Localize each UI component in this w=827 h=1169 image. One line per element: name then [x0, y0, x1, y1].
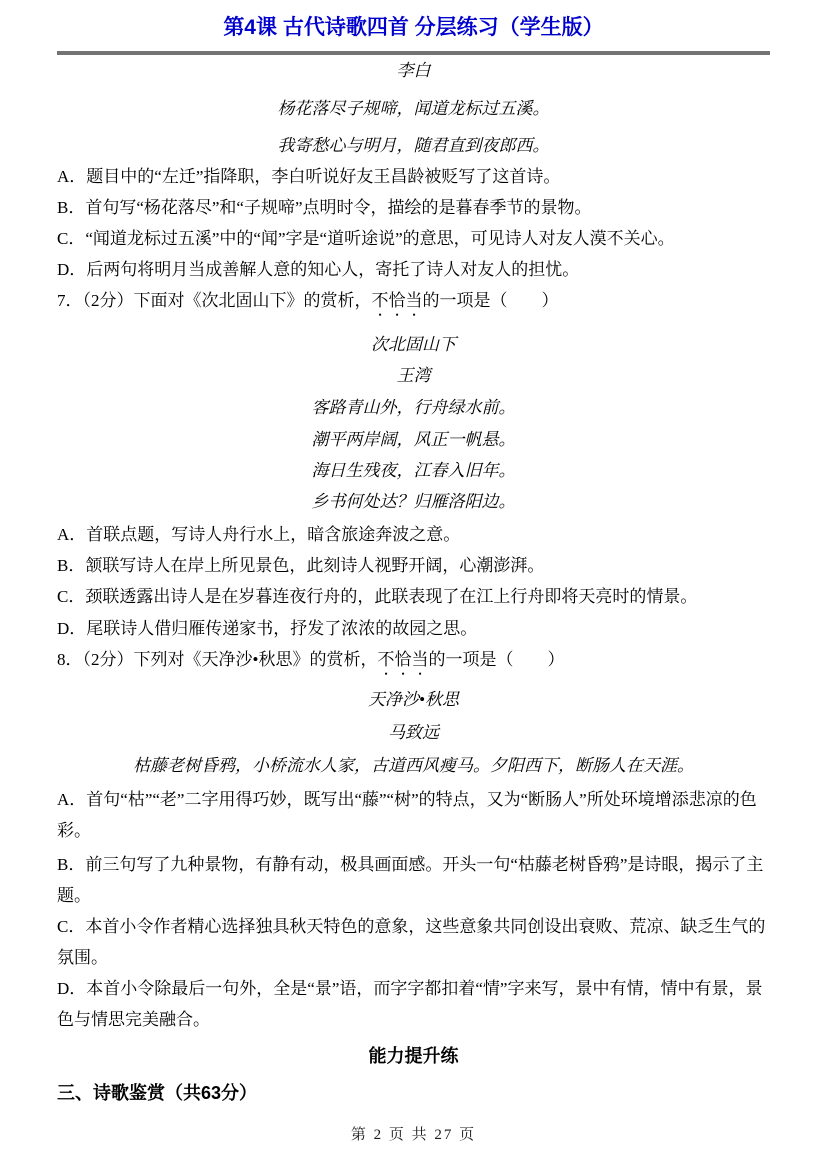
question-8-block: 8．（2分）下列对《天净沙•秋思》的赏析，不恰当的一项是（ ） 天净沙•秋思 马…: [57, 644, 770, 1035]
question-6-block: 李白 杨花落尽子规啼，闻道龙标过五溪。 我寄愁心与明月，随君直到夜郎西。 A．题…: [57, 55, 770, 285]
poem-line: 乡书何处达？归雁洛阳边。: [57, 486, 770, 517]
poem-line: 海日生残夜，江春入旧年。: [57, 455, 770, 486]
stem-emphasis: 不恰当: [372, 291, 423, 310]
option-a: A．题目中的“左迁”指降职，李白听说好友王昌龄被贬写了这首诗。: [57, 161, 770, 192]
poem-title: 天净沙•秋思: [57, 684, 770, 715]
option-a: A．首句“枯”“老”二字用得巧妙，既写出“藤”“树”的特点，又为“断肠人”所处环…: [57, 784, 770, 846]
worksheet-page: 第4课 古代诗歌四首 分层练习（学生版） 李白 杨花落尽子规啼，闻道龙标过五溪。…: [0, 0, 827, 1169]
option-c: C．“闻道龙标过五溪”中的“闻”字是“道听途说”的意思，可见诗人对友人漠不关心。: [57, 223, 770, 254]
question-7-block: 7．（2分）下面对《次北固山下》的赏析，不恰当的一项是（ ） 次北固山下 王湾 …: [57, 285, 770, 644]
section-heading: 能力提升练: [57, 1041, 770, 1072]
stem-suffix: 的一项是（ ）: [428, 650, 564, 669]
poem-title: 次北固山下: [57, 329, 770, 360]
option-c: C．本首小令作者精心选择独具秋天特色的意象，这些意象共同创设出衰败、荒凉、缺乏生…: [57, 911, 770, 973]
poem-author: 李白: [57, 55, 770, 86]
option-d: D．尾联诗人借归雁传递家书，抒发了浓浓的故园之思。: [57, 613, 770, 644]
option-b: B．首句写“杨花落尽”和“子规啼”点明时令，描绘的是暮春季节的景物。: [57, 192, 770, 223]
question-stem: 7．（2分）下面对《次北固山下》的赏析，不恰当的一项是（ ）: [57, 285, 770, 320]
option-a: A．首联点题，写诗人舟行水上，暗含旅途奔波之意。: [57, 519, 770, 550]
question-stem: 8．（2分）下列对《天净沙•秋思》的赏析，不恰当的一项是（ ）: [57, 644, 770, 679]
option-d: D．本首小令除最后一句外，全是“景”语，而字字都扣着“情”字来写，景中有情，情中…: [57, 973, 770, 1035]
stem-emphasis: 不恰当: [377, 650, 428, 669]
poem-author: 王湾: [57, 360, 770, 391]
poem-line: 潮平两岸阔，风正一帆悬。: [57, 424, 770, 455]
poem-line: 杨花落尽子规啼，闻道龙标过五溪。: [57, 93, 770, 124]
option-b: B．颔联写诗人在岸上所见景色，此刻诗人视野开阔，心潮澎湃。: [57, 550, 770, 581]
poem-line: 枯藤老树昏鸦，小桥流水人家，古道西风瘦马。夕阳西下，断肠人在天涯。: [57, 750, 770, 781]
stem-prefix: 7．（2分）下面对《次北固山下》的赏析，: [57, 291, 372, 310]
option-b: B．前三句写了九种景物，有静有动，极具画面感。开头一句“枯藤老树昏鸦”是诗眼，揭…: [57, 849, 770, 911]
poem-line: 客路青山外，行舟绿水前。: [57, 392, 770, 423]
poem-author: 马致远: [57, 717, 770, 748]
page-title: 第4课 古代诗歌四首 分层练习（学生版）: [57, 14, 770, 41]
option-d: D．后两句将明月当成善解人意的知心人，寄托了诗人对友人的担忧。: [57, 254, 770, 285]
section-subheading: 三、诗歌鉴赏（共63分）: [57, 1078, 770, 1109]
stem-suffix: 的一项是（ ）: [423, 291, 559, 310]
page-footer: 第 2 页 共 27 页: [57, 1120, 770, 1151]
poem-line: 我寄愁心与明月，随君直到夜郎西。: [57, 130, 770, 161]
option-c: C．颈联透露出诗人是在岁暮连夜行舟的，此联表现了在江上行舟即将天亮时的情景。: [57, 581, 770, 612]
stem-prefix: 8．（2分）下列对《天净沙•秋思》的赏析，: [57, 650, 377, 669]
